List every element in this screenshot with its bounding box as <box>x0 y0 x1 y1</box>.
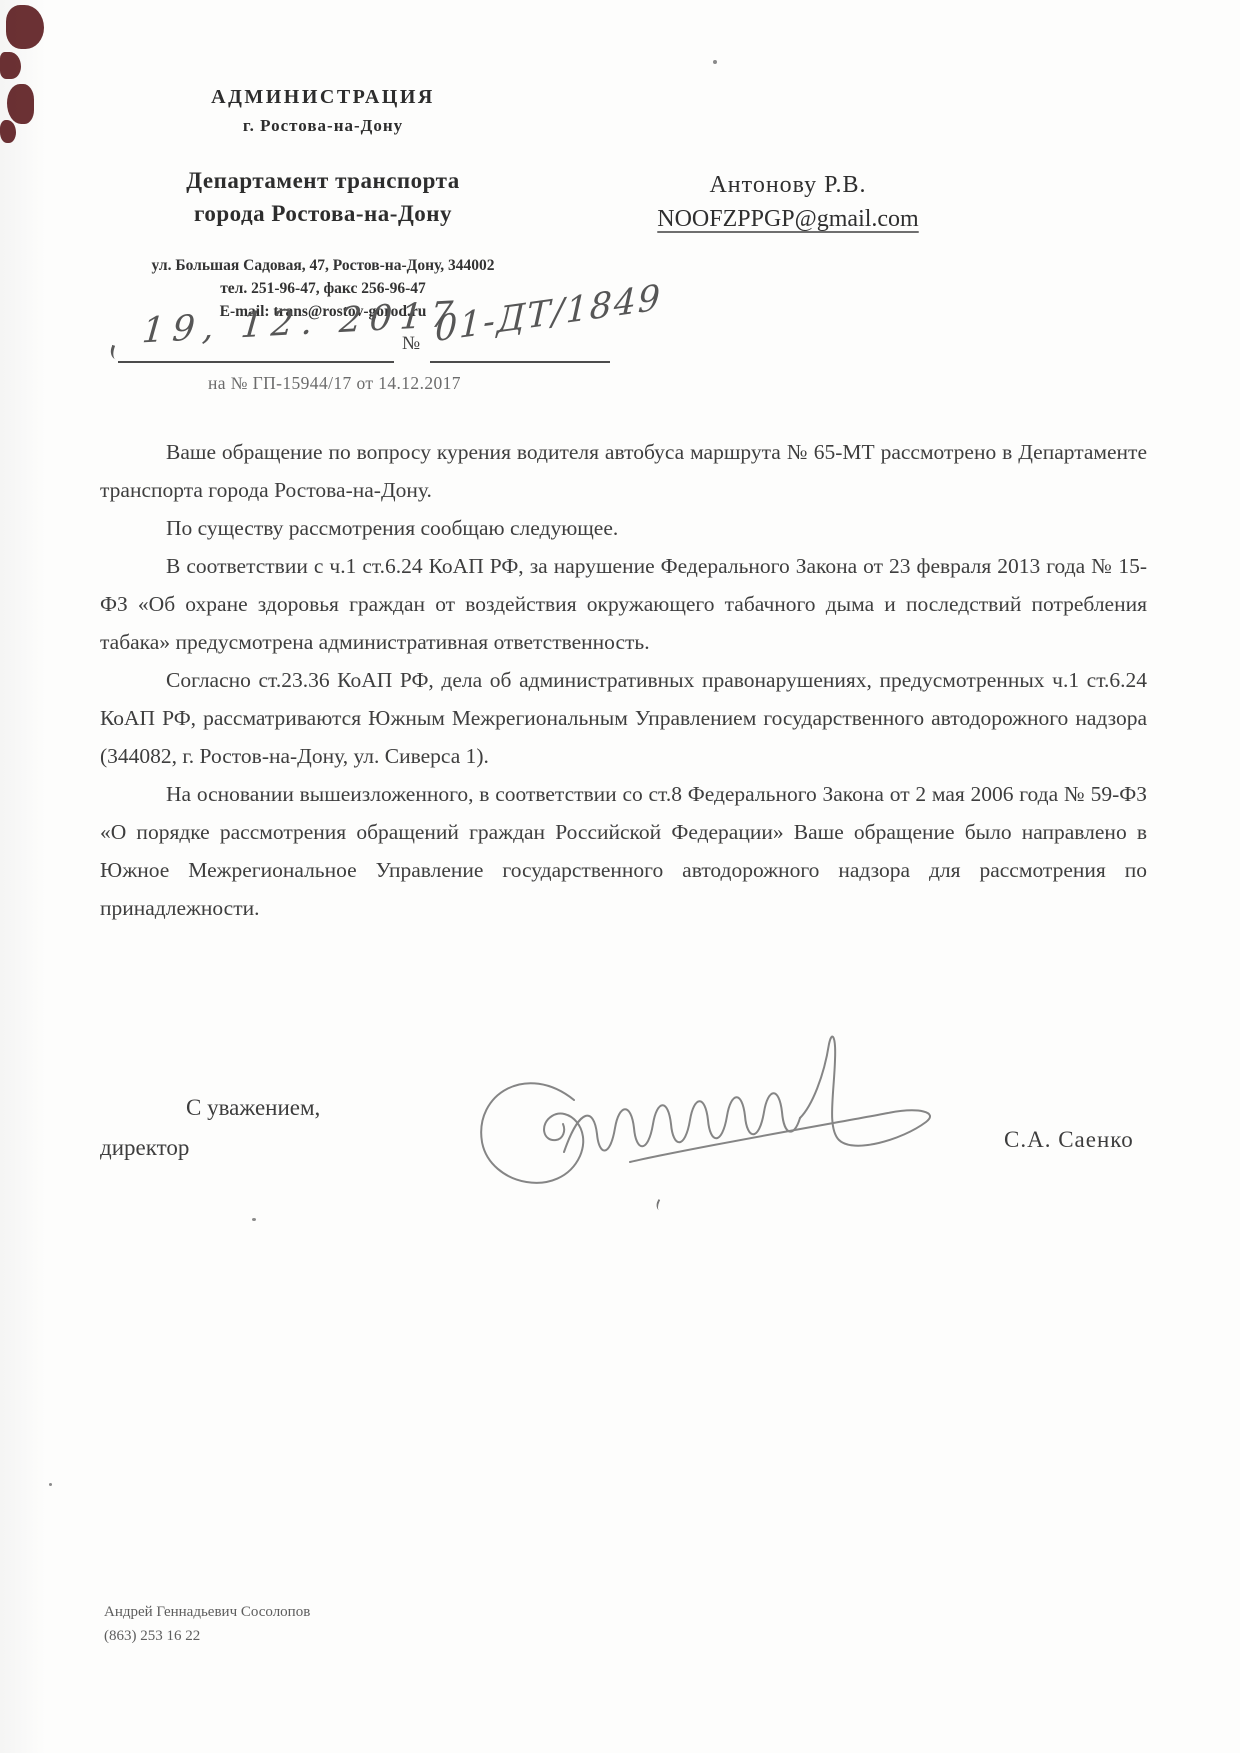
department-name-line1: Департамент транспорта <box>104 164 542 197</box>
recipient-block: Антонову Р.В. NOOFZPPGP@gmail.com <box>616 172 960 233</box>
date-underline <box>118 361 394 363</box>
letter-body: Ваше обращение по вопросу курения водите… <box>100 433 1147 927</box>
executor-phone: (863) 253 16 22 <box>104 1624 310 1648</box>
recipient-email: NOOFZPPGP@gmail.com <box>616 206 960 233</box>
scan-artifact-corner <box>7 84 34 124</box>
org-city: г. Ростова-на-Дону <box>104 116 542 136</box>
scan-artifact-tick <box>108 345 122 360</box>
body-paragraph: В соответствии с ч.1 ст.6.24 КоАП РФ, за… <box>100 547 1147 661</box>
recipient-name: Антонову Р.В. <box>616 172 960 199</box>
closing-salutation: С уважением, <box>186 1095 320 1121</box>
scan-speck <box>49 1483 52 1486</box>
org-name: АДМИНИСТРАЦИЯ <box>104 86 542 109</box>
department-name-line2: города Ростова-на-Дону <box>104 197 542 230</box>
scan-artifact-corner <box>0 120 16 143</box>
letterhead-phone-fax: тел. 251-96-47, факс 256-96-47 <box>104 277 542 300</box>
reply-reference-line: на № ГП-15944/17 от 14.12.2017 <box>208 373 461 394</box>
body-paragraph: Ваше обращение по вопросу курения водите… <box>100 433 1147 509</box>
body-paragraph: На основании вышеизложенного, в соответс… <box>100 775 1147 927</box>
scanned-letter-page: АДМИНИСТРАЦИЯ г. Ростова-на-Дону Департа… <box>0 0 1240 1753</box>
signer-name: С.А. Саенко <box>1004 1127 1134 1153</box>
letterhead-address: ул. Большая Садовая, 47, Ростов-на-Дону,… <box>104 254 542 277</box>
number-underline <box>430 361 610 363</box>
signer-title: директор <box>100 1135 189 1161</box>
letterhead: АДМИНИСТРАЦИЯ г. Ростова-на-Дону Департа… <box>104 86 542 323</box>
scan-edge-shading <box>0 0 46 1753</box>
executor-block: Андрей Геннадьевич Сосолопов (863) 253 1… <box>104 1600 310 1648</box>
executor-name: Андрей Геннадьевич Сосолопов <box>104 1600 310 1624</box>
body-paragraph: По существу рассмотрения сообщаю следующ… <box>100 509 1147 547</box>
number-sign-label: № <box>402 333 420 355</box>
scan-artifact-corner <box>0 52 21 79</box>
scan-speck <box>713 60 717 64</box>
scan-artifact-corner <box>6 5 44 49</box>
body-paragraph: Согласно ст.23.36 КоАП РФ, дела об админ… <box>100 661 1147 775</box>
handwritten-signature <box>452 1028 962 1213</box>
scan-speck <box>252 1218 256 1221</box>
